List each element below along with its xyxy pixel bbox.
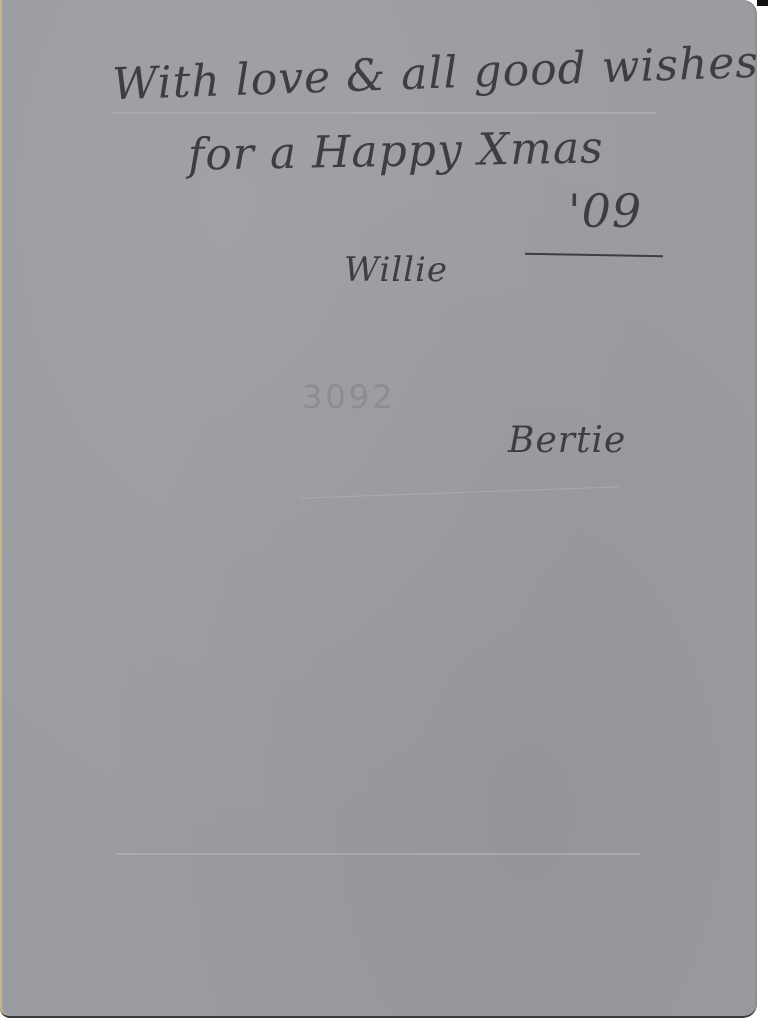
embossed-line-bottom — [115, 853, 640, 855]
inscription-line-2: for a Happy Xmas — [188, 122, 604, 180]
signature-willie: Willie — [344, 250, 448, 290]
embossed-line-top — [112, 112, 657, 114]
card-back: With love & all good wishes for a Happy … — [0, 0, 757, 1018]
scan-edge — [757, 0, 768, 6]
paper-crease — [300, 486, 620, 498]
year-underline — [525, 253, 663, 257]
inscription-year: '09 — [568, 184, 642, 238]
signature-bertie: Bertie — [508, 420, 626, 461]
inscription-line-1: With love & all good wishes — [111, 37, 759, 111]
pencil-catalog-number: 3092 — [302, 378, 395, 416]
